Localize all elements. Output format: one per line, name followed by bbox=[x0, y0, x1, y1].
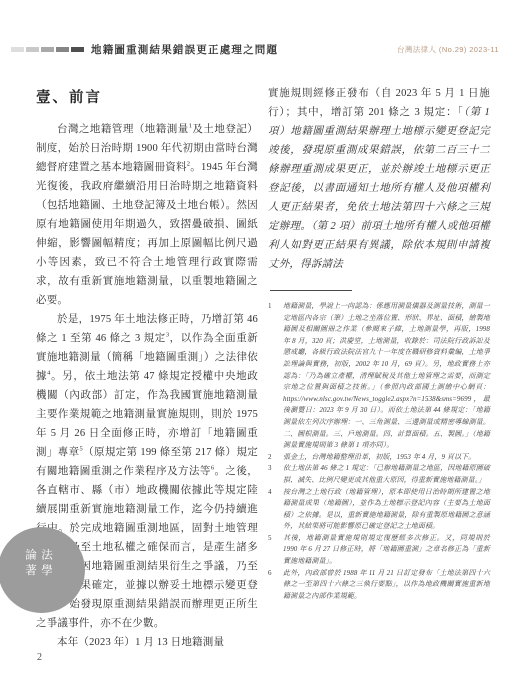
gradient-bar-3 bbox=[41, 47, 54, 52]
footnote-text: 依土地法第 46 條之 1 規定：「已辦地籍測量之地區，因地籍原圖破損、滅失、比… bbox=[283, 463, 490, 486]
journal-issue-label: 台灣法律人 (No.29) 2023-11 bbox=[397, 44, 499, 55]
footnote: 2 張金土，台灣地籍整理沿革，初版，1953 年 4 月，9 頁以下。 bbox=[268, 452, 490, 464]
paragraph: 實施規則經修正發布（自 2023 年 5 月 1 日施行）；其中，增訂第 201… bbox=[268, 84, 490, 274]
footnotes: 1 地籍測量，學說上一向認為：係應用測量儀器及測量技術，測量一定地區內各宗（筆）… bbox=[268, 301, 490, 602]
section-tab-circle: 法學論著 bbox=[0, 527, 85, 613]
paragraph: 台灣之地籍管理（地籍測量1及土地登記）制度，始於日治時期 1900 年代初期由當… bbox=[36, 120, 258, 310]
footnote-text: 張金土，台灣地籍整理沿革，初版，1953 年 4 月，9 頁以下。 bbox=[283, 452, 490, 464]
footnote-text: 其後，地籍測量實施規則規定復歷經多次修正。又，同規則於 1990 年 6 月 2… bbox=[283, 533, 490, 568]
footnote-text: 此外，內政部曾於 1988 年 11 月 21 日訂定發布「土地法第四十六條之一… bbox=[283, 568, 490, 603]
paragraph: 本年（2023 年）1 月 13 日地籍測量 bbox=[36, 633, 258, 652]
header-gradient-bars-icon bbox=[11, 47, 84, 52]
footnote-number: 1 bbox=[268, 301, 277, 452]
article-body: 壹、前言 台灣之地籍管理（地籍測量1及土地登記）制度，始於日治時期 1900 年… bbox=[36, 84, 490, 650]
page-number: 2 bbox=[37, 652, 42, 663]
section-tab-label: 法學論著 bbox=[22, 549, 54, 592]
journal-page: 地籍圖重測結果錯誤更正處理之問題 台灣法律人 (No.29) 2023-11 壹… bbox=[0, 0, 516, 700]
right-column: 實施規則經修正發布（自 2023 年 5 月 1 日施行）；其中，增訂第 201… bbox=[268, 84, 490, 650]
footnote-number: 3 bbox=[268, 463, 277, 486]
footnote-separator bbox=[270, 290, 352, 291]
footnote: 4 按台灣之土地行政（地籍管理），原本即使用日治時期所建置之地籍測量成果（地籍圖… bbox=[268, 487, 490, 533]
footnote-number: 2 bbox=[268, 452, 277, 464]
footnote-number: 6 bbox=[268, 568, 277, 603]
footnote: 1 地籍測量，學說上一向認為：係應用測量儀器及測量技術，測量一定地區內各宗（筆）… bbox=[268, 301, 490, 452]
gradient-bar-5 bbox=[71, 47, 84, 52]
gradient-bar-4 bbox=[56, 47, 69, 52]
gradient-bar-1 bbox=[11, 47, 24, 52]
running-head-article-title: 地籍圖重測結果錯誤更正處理之問題 bbox=[91, 42, 278, 57]
footnote-text: 地籍測量，學說上一向認為：係應用測量儀器及測量技術，測量一定地區內各宗（筆）土地… bbox=[283, 301, 490, 452]
footnote: 5 其後，地籍測量實施規則規定復歷經多次修正。又，同規則於 1990 年 6 月… bbox=[268, 533, 490, 568]
footnote-number: 4 bbox=[268, 487, 277, 533]
footnote-text: 按台灣之土地行政（地籍管理），原本即使用日治時期所建置之地籍測量成果（地籍圖），… bbox=[283, 487, 490, 533]
footnote: 3 依土地法第 46 條之 1 規定：「已辦地籍測量之地區，因地籍原圖破損、滅失… bbox=[268, 463, 490, 486]
footnote: 6 此外，內政部曾於 1988 年 11 月 21 日訂定發布「土地法第四十六條… bbox=[268, 568, 490, 603]
footnote-number: 5 bbox=[268, 533, 277, 568]
gradient-bar-2 bbox=[26, 47, 39, 52]
section-heading: 壹、前言 bbox=[36, 86, 258, 107]
page-header: 地籍圖重測結果錯誤更正處理之問題 台灣法律人 (No.29) 2023-11 bbox=[11, 42, 499, 57]
